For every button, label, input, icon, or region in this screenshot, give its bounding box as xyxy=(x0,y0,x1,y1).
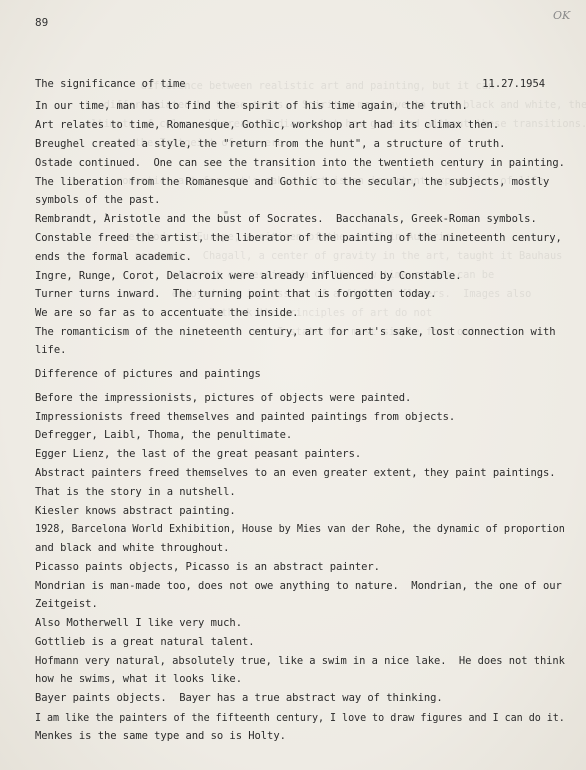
text-line: Ingre, Runge, Corot, Delacroix were alre… xyxy=(35,269,461,283)
text-line: Impressionists freed themselves and pain… xyxy=(35,410,455,424)
text-line: how he swims, what it looks like. xyxy=(35,672,242,686)
text-line: Menkes is the same type and so is Holty. xyxy=(35,729,286,743)
typewritten-page: difference between realistic art and pai… xyxy=(0,0,586,770)
document-date: 11.27.1954 xyxy=(482,77,545,91)
text-line: Turner turns inward. The turning point t… xyxy=(35,287,436,301)
text-line: We are so far as to accentuate the insid… xyxy=(35,306,298,320)
text-line: 1928, Barcelona World Exhibition, House … xyxy=(35,522,565,536)
section-heading: Difference of pictures and paintings xyxy=(35,367,261,381)
text-line: Art relates to time, Romanesque, Gothic,… xyxy=(35,118,499,132)
text-line: In our time, man has to find the spirit … xyxy=(35,99,468,113)
text-line: Breughel created a style, the "return fr… xyxy=(35,137,505,151)
text-line: Hofmann very natural, absolutely true, l… xyxy=(35,654,565,668)
show-through-text: difference between realistic art and pai… xyxy=(85,77,565,342)
text-line: life. xyxy=(35,343,66,357)
text-line: Egger Lienz, the last of the great peasa… xyxy=(35,447,361,461)
text-line: Defregger, Laibl, Thoma, the penultimate… xyxy=(35,428,292,442)
text-line: Mondrian is man-made too, does not owe a… xyxy=(35,579,562,593)
text-line: The liberation from the Romanesque and G… xyxy=(35,175,549,189)
text-line: I am like the painters of the fifteenth … xyxy=(35,711,565,725)
text-line: Zeitgeist. xyxy=(35,597,98,611)
handwritten-ok-mark: OK xyxy=(553,9,570,22)
text-line: That is the story in a nutshell. xyxy=(35,485,236,499)
text-line: Abstract painters freed themselves to an… xyxy=(35,466,556,480)
text-line: The romanticism of the nineteenth centur… xyxy=(35,325,556,339)
text-line: Ostade continued. One can see the transi… xyxy=(35,156,565,170)
text-line: symbols of the past. xyxy=(35,193,160,207)
text-line: Bayer paints objects. Bayer has a true a… xyxy=(35,691,443,705)
text-line: Gottlieb is a great natural talent. xyxy=(35,635,255,649)
text-line: Picasso paints objects, Picasso is an ab… xyxy=(35,560,380,574)
text-line: Constable freed the artist, the liberato… xyxy=(35,231,562,245)
text-line: Also Motherwell I like very much. xyxy=(35,616,242,630)
page-number: 89 xyxy=(35,16,48,30)
text-line: ends the formal academic. xyxy=(35,250,192,264)
text-line: and black and white throughout. xyxy=(35,541,229,555)
text-line: Kiesler knows abstract painting. xyxy=(35,504,236,518)
text-line: Rembrandt, Aristotle and the bust of Soc… xyxy=(35,212,537,226)
document-title: The significance of time xyxy=(35,77,186,91)
text-line: Before the impressionists, pictures of o… xyxy=(35,391,411,405)
